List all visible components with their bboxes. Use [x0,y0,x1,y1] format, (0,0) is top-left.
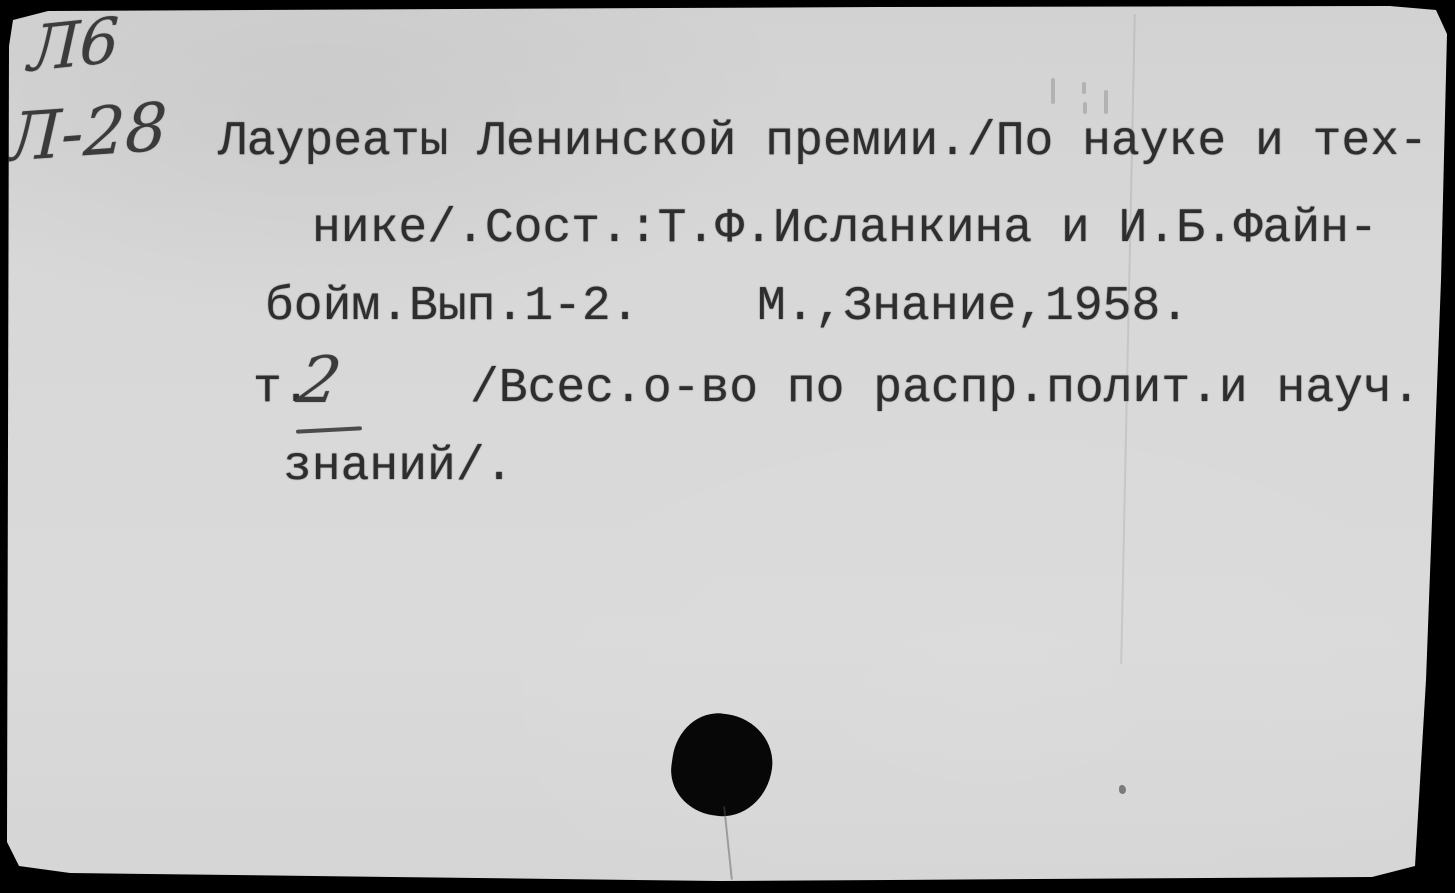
volume-number-handwritten: 2 [292,344,346,418]
ink-smudge [1051,78,1055,104]
entry-line-3-imprint: М.,Знание,1958. [757,283,1189,331]
shelf-mark-top: Л6 [27,3,120,86]
entry-line-3-collation: бойм.Вып.1-2. [265,283,639,331]
card-crease-line [1120,14,1136,664]
ink-smudge [1083,102,1087,114]
volume-underline-stroke [296,426,362,433]
ink-smudge [1104,90,1108,114]
catalog-card: Л6 Л-28 Лауреаты Ленинской премии./По на… [0,0,1455,893]
entry-line-2: нике/.Сост.:Т.Ф.Исланкина и И.Б.Файн- [312,205,1378,253]
card-hole-punch-mark [665,708,778,823]
shelf-mark-main: Л-28 [5,88,169,177]
entry-line-1: Лауреаты Ленинской премии./По науке и те… [218,118,1428,166]
entry-line-4-note: /Всес.о-во по распр.полит.и науч. [470,365,1421,413]
ink-smudge [1082,82,1086,94]
entry-line-5: знаний/. [283,443,513,491]
crack-below-hole [723,806,733,880]
dirt-speck [1119,785,1126,794]
scan-photo: Л6 Л-28 Лауреаты Ленинской премии./По на… [0,0,1455,893]
